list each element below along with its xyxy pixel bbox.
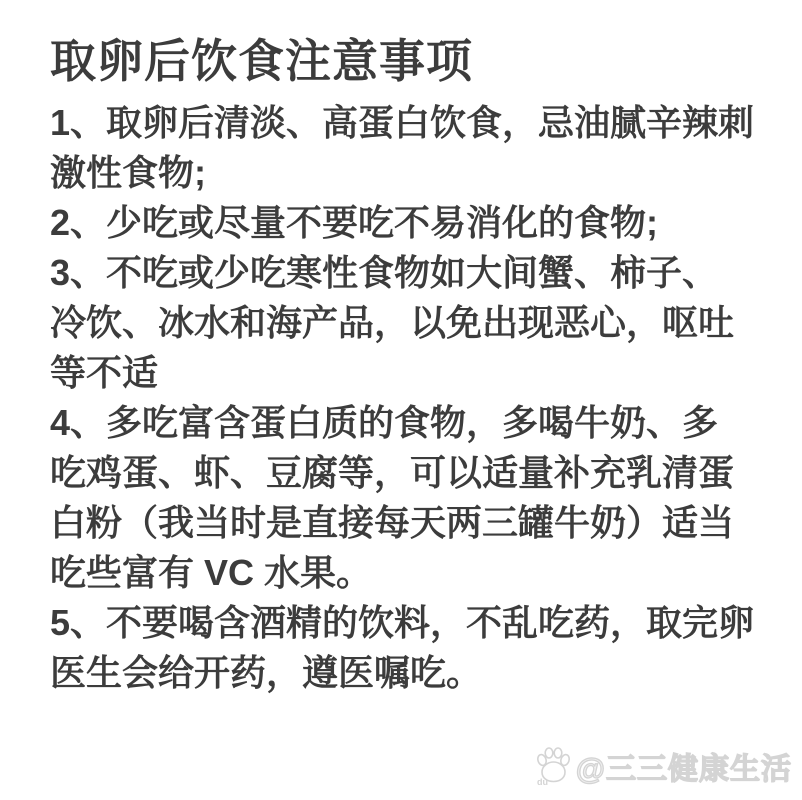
text-line: 1、取卵后清淡、高蛋白饮食，忌油腻辛辣刺	[50, 98, 762, 148]
text-line: 医生会给开药，遵医嘱吃。	[50, 648, 762, 698]
list-item-4: 4、多吃富含蛋白质的食物，多喝牛奶、多 吃鸡蛋、虾、豆腐等，可以适量补充乳清蛋 …	[50, 398, 762, 598]
text-line: 冷饮、冰水和海产品，以免出现恶心，呕吐	[50, 298, 762, 348]
watermark-handle: @三三健康生活	[576, 744, 792, 788]
watermark: du @三三健康生活	[534, 744, 792, 788]
list-item-1: 1、取卵后清淡、高蛋白饮食，忌油腻辛辣刺 激性食物;	[50, 98, 762, 198]
note-page: 取卵后饮食注意事项 1、取卵后清淡、高蛋白饮食，忌油腻辛辣刺 激性食物; 2、少…	[0, 0, 802, 800]
text-line: 吃鸡蛋、虾、豆腐等，可以适量补充乳清蛋	[50, 448, 762, 498]
baidu-paw-icon: du	[534, 745, 572, 787]
text-line: 吃些富有 VC 水果。	[50, 548, 762, 598]
text-line: 2、少吃或尽量不要吃不易消化的食物;	[50, 198, 762, 248]
text-line: 白粉（我当时是直接每天两三罐牛奶）适当	[50, 498, 762, 548]
note-body: 1、取卵后清淡、高蛋白饮食，忌油腻辛辣刺 激性食物; 2、少吃或尽量不要吃不易消…	[50, 98, 762, 698]
text-line: 激性食物;	[50, 148, 762, 198]
list-item-2: 2、少吃或尽量不要吃不易消化的食物;	[50, 198, 762, 248]
list-item-3: 3、不吃或少吃寒性食物如大间蟹、柿子、 冷饮、冰水和海产品，以免出现恶心，呕吐 …	[50, 248, 762, 398]
page-title: 取卵后饮食注意事项	[50, 30, 762, 92]
text-line: 等不适	[50, 348, 762, 398]
paw-icon-label: du	[537, 777, 548, 787]
list-item-5: 5、不要喝含酒精的饮料，不乱吃药，取完卵 医生会给开药，遵医嘱吃。	[50, 598, 762, 698]
text-line: 4、多吃富含蛋白质的食物，多喝牛奶、多	[50, 398, 762, 448]
text-line: 5、不要喝含酒精的饮料，不乱吃药，取完卵	[50, 598, 762, 648]
text-line: 3、不吃或少吃寒性食物如大间蟹、柿子、	[50, 248, 762, 298]
